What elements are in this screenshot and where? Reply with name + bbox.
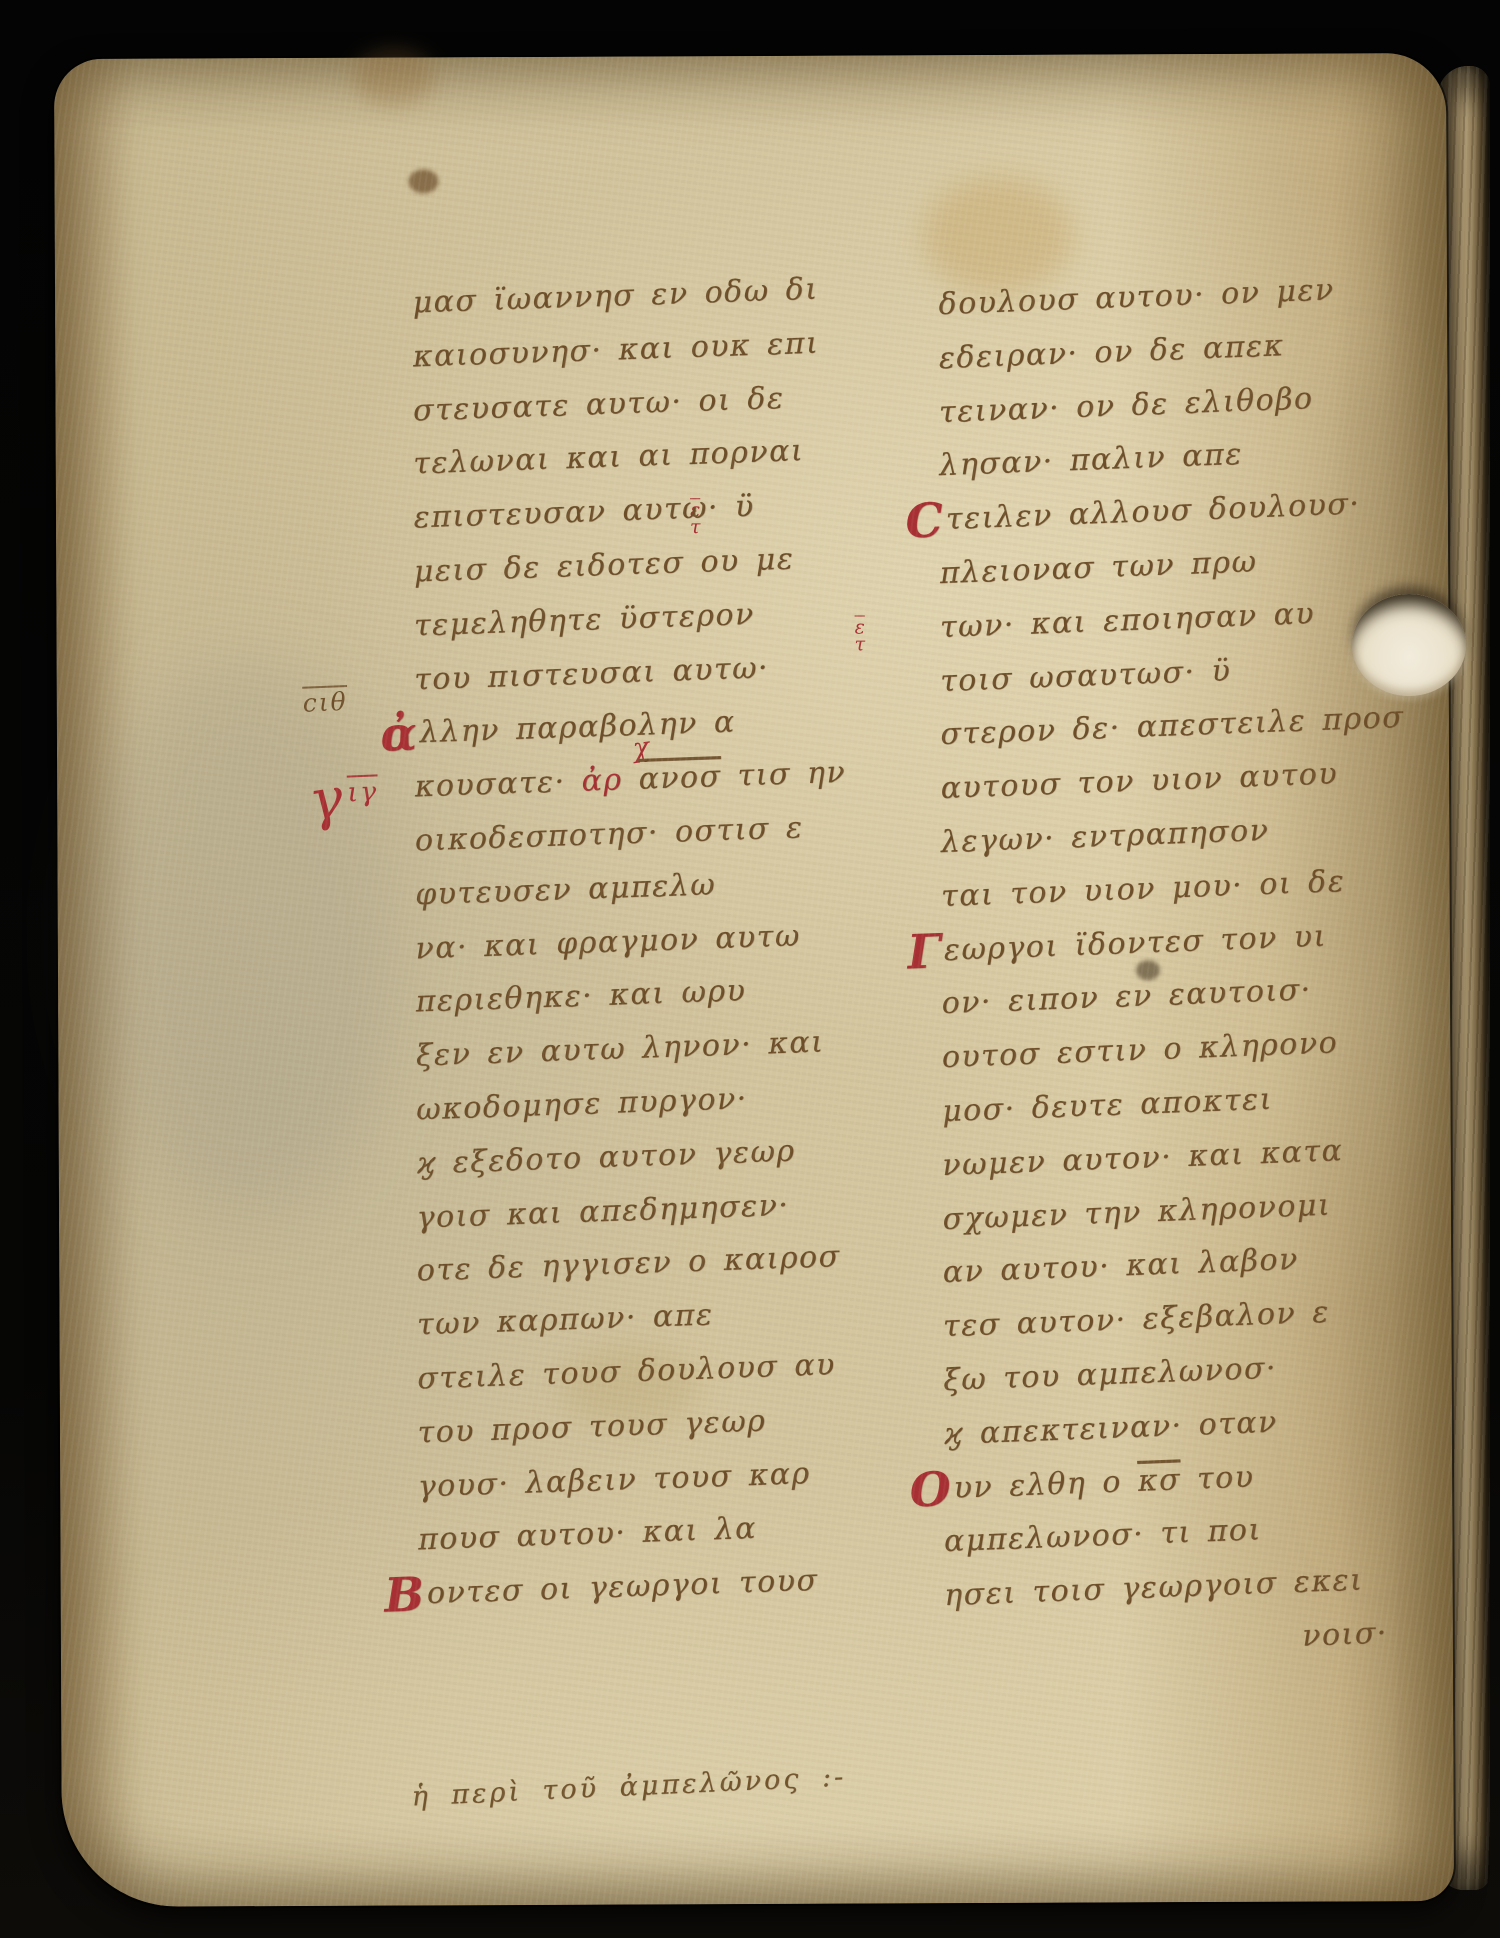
text-segment: κουσατε· [414,764,582,805]
parchment-hole [1352,594,1466,696]
rubric-initial: ἀ [380,720,417,751]
telos-lection-mark: ε τ [854,620,865,654]
text-segment: υν ελθη ο [953,1463,1138,1505]
text-column-left: μασ ϊωαννησ εν οδω δικαιοσυνησ· και ουκ … [413,284,839,1631]
text-column-right: δουλουσ αυτου· ον μενεδειραν· ον δε απεκ… [939,285,1445,1686]
text-segment: τισ ην [721,755,847,794]
rubric-initial: Β [384,1580,425,1611]
text-segment: νοισ· [1302,1615,1389,1653]
text-segment: ἀρ [581,762,639,799]
text-segment: ανοσ [638,759,722,797]
margin-kephalaion-number: γιγ [308,771,374,829]
stain [87,658,409,1219]
parchment-page: ϲιθ γιγ ε τ ε τ χ μασ ϊωαννησ εν οδω δικ… [54,53,1454,1907]
stain [354,49,434,105]
ink-blot [408,169,438,193]
rubric-initial: Γ [907,937,941,968]
rubric-initial: Ο [909,1474,951,1506]
rubric-initial: Ϲ [905,506,944,537]
text-segment: κσ [1137,1462,1181,1499]
kephalaion-ornament: γ [305,770,346,830]
margin-section-number: ϲιθ [302,687,348,718]
text-segment: μασ ϊωαννησ εν οδω δι [412,272,819,321]
kephalaion-number: ιγ [347,776,379,808]
stain [922,177,1073,296]
text-segment: του [1180,1459,1255,1497]
text-segment: δουλουσ αυτου· ον μεν [938,272,1335,322]
manuscript-photo: ϲιθ γιγ ε τ ε τ χ μασ ϊωαννησ εν οδω δικ… [0,0,1500,1938]
chapter-title-footer: ἡ περὶ τοῦ ἀμπελῶνος :- [411,1761,847,1812]
